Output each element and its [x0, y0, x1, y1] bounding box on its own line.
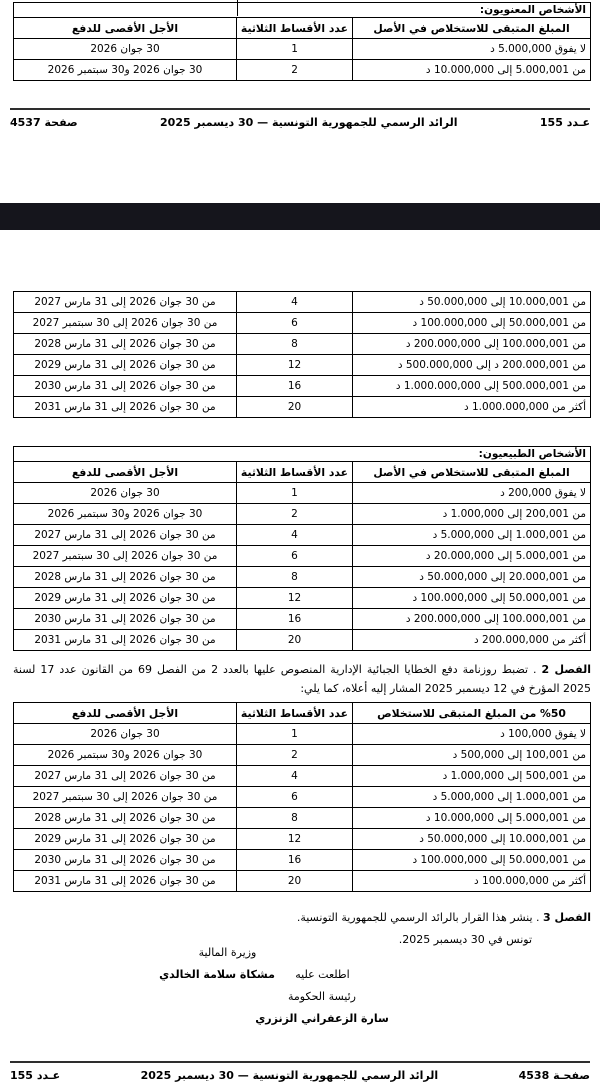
cell-count: 2 — [237, 60, 353, 81]
page-label: صفحة — [44, 116, 77, 129]
cell-amount: من 100,001 إلى 500,000 د — [353, 745, 591, 766]
cell-amount: من 200,001 إلى 1.000,000 د — [353, 504, 591, 525]
gazette-title-text: الرائد الرسمي للجمهورية التونسية — — [238, 1069, 438, 1082]
table-row: من 100,001 إلى 500,000 د230 جوان 2026 و3… — [14, 745, 591, 766]
cell-deadline: من 30 جوان 2026 إلى 31 مارس 2027 — [14, 766, 237, 787]
table-body: لا يفوق 100,000 د130 جوان 2026من 100,001… — [14, 724, 591, 892]
header-amount: المبلغ المتبقى للاستخلاص في الأصل — [353, 462, 591, 483]
cell-amount: من 5.000,001 إلى 10.000,000 د — [353, 808, 591, 829]
table-title-row: الأشخاص المعنويون: — [14, 3, 591, 18]
table-row: من 5.000,001 إلى 20.000,000 د6من 30 جوان… — [14, 546, 591, 567]
cell-count: 20 — [237, 630, 353, 651]
gazette-title-text: الرائد الرسمي للجمهورية التونسية — — [257, 116, 457, 129]
cell-deadline: من 30 جوان 2026 إلى 31 مارس 2031 — [14, 871, 237, 892]
cell-count: 12 — [237, 355, 353, 376]
table-row: من 5.000,001 إلى 10.000,000 د230 جوان 20… — [14, 60, 591, 81]
separator-bar — [0, 203, 600, 230]
table-row: من 500.000,001 إلى 1.000.000,000 د16من 3… — [14, 376, 591, 397]
gazette-title-top: الرائد الرسمي للجمهورية التونسية — 30 دي… — [160, 116, 458, 129]
cell-amount: لا يفوق 100,000 د — [353, 724, 591, 745]
cell-count: 4 — [237, 766, 353, 787]
cell-deadline: من 30 جوان 2026 إلى 31 مارس 2028 — [14, 334, 237, 355]
table-row: من 50.000,001 إلى 100.000,000 د6من 30 جو… — [14, 313, 591, 334]
page-value: 4538 — [519, 1069, 550, 1082]
cell-deadline: من 30 جوان 2026 إلى 31 مارس 2030 — [14, 376, 237, 397]
table-row: من 100.000,001 إلى 200.000,000 د16من 30 … — [14, 609, 591, 630]
cell-count: 1 — [237, 39, 353, 60]
cell-count: 4 — [237, 292, 353, 313]
article-2-text: . تضبط روزنامة دفع الخطايا الجبائية الإد… — [13, 663, 591, 695]
table-body: لا يفوق 5.000,000 د130 جوان 2026من 5.000… — [14, 39, 591, 81]
cell-amount: من 500.000,001 إلى 1.000.000,000 د — [353, 376, 591, 397]
gazette-page: الأشخاص المعنويون: المبلغ المتبقى للاستخ… — [0, 0, 600, 1092]
cell-amount: أكثر من 200.000,000 د — [353, 630, 591, 651]
header-amount-50pct: %50 من المبلغ المتبقى للاستخلاص — [353, 703, 591, 724]
cell-amount: من 5.000,001 إلى 20.000,000 د — [353, 546, 591, 567]
article-2-paragraph: الفصل 2 . تضبط روزنامة دفع الخطايا الجبا… — [13, 661, 591, 698]
table-row: من 1.000,001 إلى 5.000,000 د6من 30 جوان … — [14, 787, 591, 808]
page-number-top: صفحة 4537 — [10, 116, 78, 129]
cell-deadline: 30 جوان 2026 — [14, 724, 237, 745]
header-deadline: الأجل الأقصى للدفع — [14, 462, 237, 483]
cell-count: 6 — [237, 546, 353, 567]
gazette-title-bottom: الرائد الرسمي للجمهورية التونسية — 30 دي… — [141, 1069, 439, 1082]
cell-deadline: من 30 جوان 2026 إلى 31 مارس 2028 — [14, 567, 237, 588]
table-header-row: المبلغ المتبقى للاستخلاص في الأصل عدد ال… — [14, 462, 591, 483]
gazette-date: 30 ديسمبر 2025 — [160, 116, 253, 129]
table-row: من 50.000,001 إلى 100.000,000 د16من 30 ج… — [14, 850, 591, 871]
table-row: من 100.000,001 إلى 200.000,000 د8من 30 ج… — [14, 334, 591, 355]
table-row: من 200.000,001 د إلى 500.000,000 د12من 3… — [14, 355, 591, 376]
cell-count: 12 — [237, 829, 353, 850]
cell-count: 6 — [237, 787, 353, 808]
cell-deadline: من 30 جوان 2026 إلى 31 مارس 2029 — [14, 829, 237, 850]
cell-amount: أكثر من 100.000,000 د — [353, 871, 591, 892]
cell-count: 20 — [237, 871, 353, 892]
cell-amount: لا يفوق 200,000 د — [353, 483, 591, 504]
table-row: لا يفوق 5.000,000 د130 جوان 2026 — [14, 39, 591, 60]
cell-count: 1 — [237, 483, 353, 504]
table-body: من 10.000,001 إلى 50.000,000 د4من 30 جوا… — [14, 292, 591, 418]
cell-count: 6 — [237, 313, 353, 334]
issue-number-bottom: عـدد 155 — [10, 1069, 60, 1082]
page-number-bottom: صفحـة 4538 — [519, 1069, 590, 1082]
cell-count: 20 — [237, 397, 353, 418]
cell-deadline: من 30 جوان 2026 إلى 30 سبتمبر 2027 — [14, 546, 237, 567]
table-row: من 50.000,001 إلى 100.000,000 د12من 30 ج… — [14, 588, 591, 609]
cell-deadline: من 30 جوان 2026 إلى 31 مارس 2027 — [14, 292, 237, 313]
cell-amount: من 1.000,001 إلى 5.000,000 د — [353, 525, 591, 546]
table-header-row: المبلغ المتبقى للاستخلاص في الأصل عدد ال… — [14, 18, 591, 39]
table-header-row: %50 من المبلغ المتبقى للاستخلاص عدد الأق… — [14, 703, 591, 724]
cell-deadline: من 30 جوان 2026 إلى 30 سبتمبر 2027 — [14, 787, 237, 808]
pm-name: سارة الزعفراني الزنزري — [240, 1012, 404, 1025]
cell-amount: من 50.000,001 إلى 100.000,000 د — [353, 850, 591, 871]
issue-value: 155 — [540, 116, 563, 129]
cell-amount: من 1.000,001 إلى 5.000,000 د — [353, 787, 591, 808]
cell-deadline: من 30 جوان 2026 إلى 31 مارس 2030 — [14, 850, 237, 871]
cell-count: 8 — [237, 334, 353, 355]
table-legal-persons: الأشخاص المعنويون: المبلغ المتبقى للاستخ… — [13, 2, 591, 81]
pm-title: رئيسة الحكومة — [256, 990, 388, 1003]
minister-title: وزيرة المالية — [165, 946, 290, 959]
cell-deadline: 30 جوان 2026 و30 سبتمبر 2026 — [14, 745, 237, 766]
cell-count: 12 — [237, 588, 353, 609]
cell-amount: من 100.000,001 إلى 200.000,000 د — [353, 334, 591, 355]
minister-name: مشكاة سلامة الخالدي — [133, 968, 301, 981]
header-installments: عدد الأقساط الثلاثية — [237, 18, 353, 39]
cell-count: 1 — [237, 724, 353, 745]
issue-label: عـدد — [37, 1069, 60, 1082]
table-title-legal-persons: الأشخاص المعنويون: — [14, 3, 591, 18]
issue-number-top: عـدد 155 — [540, 116, 590, 129]
table-row: لا يفوق 200,000 د130 جوان 2026 — [14, 483, 591, 504]
table-natural-persons: الأشخاص الطبيعيون: المبلغ المتبقى للاستخ… — [13, 446, 591, 651]
cell-count: 8 — [237, 808, 353, 829]
table-row: من 10.000,001 إلى 50.000,000 د4من 30 جوا… — [14, 292, 591, 313]
cell-deadline: 30 جوان 2026 — [14, 39, 237, 60]
place-date-line: تونس في 30 ديسمبر 2025. — [399, 931, 532, 950]
cell-count: 8 — [237, 567, 353, 588]
table-title-row: الأشخاص الطبيعيون: — [14, 447, 591, 462]
table-row: من 5.000,001 إلى 10.000,000 د8من 30 جوان… — [14, 808, 591, 829]
header-installments: عدد الأقساط الثلاثية — [237, 703, 353, 724]
issue-label: عـدد — [567, 116, 590, 129]
table-legal-persons-continued: من 10.000,001 إلى 50.000,000 د4من 30 جوا… — [13, 291, 591, 418]
cell-count: 16 — [237, 376, 353, 397]
cell-deadline: 30 جوان 2026 و30 سبتمبر 2026 — [14, 60, 237, 81]
cell-amount: أكثر من 1.000.000,000 د — [353, 397, 591, 418]
cell-deadline: من 30 جوان 2026 إلى 31 مارس 2031 — [14, 397, 237, 418]
table-title-natural-persons: الأشخاص الطبيعيون: — [14, 447, 591, 462]
header-deadline: الأجل الأقصى للدفع — [14, 703, 237, 724]
table-row: من 1.000,001 إلى 5.000,000 د4من 30 جوان … — [14, 525, 591, 546]
cell-amount: من 100.000,001 إلى 200.000,000 د — [353, 609, 591, 630]
article-3-text: . ينشر هذا القرار بالرائد الرسمي للجمهور… — [297, 911, 543, 924]
cell-deadline: من 30 جوان 2026 إلى 30 سبتمبر 2027 — [14, 313, 237, 334]
header-deadline: الأجل الأقصى للدفع — [14, 18, 237, 39]
table-row: أكثر من 1.000.000,000 د20من 30 جوان 2026… — [14, 397, 591, 418]
cell-amount: من 50.000,001 إلى 100.000,000 د — [353, 588, 591, 609]
page-label: صفحـة — [553, 1069, 590, 1082]
cell-amount: من 10.000,001 إلى 50.000,000 د — [353, 829, 591, 850]
cell-deadline: من 30 جوان 2026 إلى 31 مارس 2030 — [14, 609, 237, 630]
cell-deadline: من 30 جوان 2026 إلى 31 مارس 2027 — [14, 525, 237, 546]
cell-amount: من 10.000,001 إلى 50.000,000 د — [353, 292, 591, 313]
table-row: أكثر من 100.000,000 د20من 30 جوان 2026 إ… — [14, 871, 591, 892]
cell-deadline: من 30 جوان 2026 إلى 31 مارس 2028 — [14, 808, 237, 829]
header-installments: عدد الأقساط الثلاثية — [237, 462, 353, 483]
cell-amount: من 200.000,001 د إلى 500.000,000 د — [353, 355, 591, 376]
table-row: لا يفوق 100,000 د130 جوان 2026 — [14, 724, 591, 745]
cell-amount: من 5.000,001 إلى 10.000,000 د — [353, 60, 591, 81]
article-3-paragraph: الفصل 3 . ينشر هذا القرار بالرائد الرسمي… — [13, 909, 591, 928]
table-row: أكثر من 200.000,000 د20من 30 جوان 2026 إ… — [14, 630, 591, 651]
article-3-label: الفصل 3 — [543, 911, 591, 924]
cell-deadline: من 30 جوان 2026 إلى 31 مارس 2031 — [14, 630, 237, 651]
cell-count: 16 — [237, 850, 353, 871]
cell-count: 2 — [237, 745, 353, 766]
table-row: من 500,001 إلى 1.000,000 د4من 30 جوان 20… — [14, 766, 591, 787]
page-value: 4537 — [10, 116, 41, 129]
table-row: من 20.000,001 إلى 50.000,000 د8من 30 جوا… — [14, 567, 591, 588]
page-footer-bottom: صفحـة 4538 الرائد الرسمي للجمهورية التون… — [10, 1061, 590, 1082]
cell-amount: لا يفوق 5.000,000 د — [353, 39, 591, 60]
header-amount: المبلغ المتبقى للاستخلاص في الأصل — [353, 18, 591, 39]
cell-amount: من 500,001 إلى 1.000,000 د — [353, 766, 591, 787]
cell-deadline: من 30 جوان 2026 إلى 31 مارس 2029 — [14, 355, 237, 376]
table-body: لا يفوق 200,000 د130 جوان 2026من 200,001… — [14, 483, 591, 651]
article-2-label: الفصل 2 — [542, 663, 591, 676]
cell-amount: من 50.000,001 إلى 100.000,000 د — [353, 313, 591, 334]
cell-deadline: من 30 جوان 2026 إلى 31 مارس 2029 — [14, 588, 237, 609]
cell-count: 4 — [237, 525, 353, 546]
table-row: من 10.000,001 إلى 50.000,000 د12من 30 جو… — [14, 829, 591, 850]
cell-deadline: 30 جوان 2026 — [14, 483, 237, 504]
table-row: من 200,001 إلى 1.000,000 د230 جوان 2026 … — [14, 504, 591, 525]
table-penalties-50pct: %50 من المبلغ المتبقى للاستخلاص عدد الأق… — [13, 702, 591, 892]
gazette-date: 30 ديسمبر 2025 — [141, 1069, 234, 1082]
cell-count: 2 — [237, 504, 353, 525]
page-footer-top: عـدد 155 الرائد الرسمي للجمهورية التونسي… — [10, 108, 590, 129]
issue-value: 155 — [10, 1069, 33, 1082]
cell-deadline: 30 جوان 2026 و30 سبتمبر 2026 — [14, 504, 237, 525]
cell-amount: من 20.000,001 إلى 50.000,000 د — [353, 567, 591, 588]
cell-count: 16 — [237, 609, 353, 630]
